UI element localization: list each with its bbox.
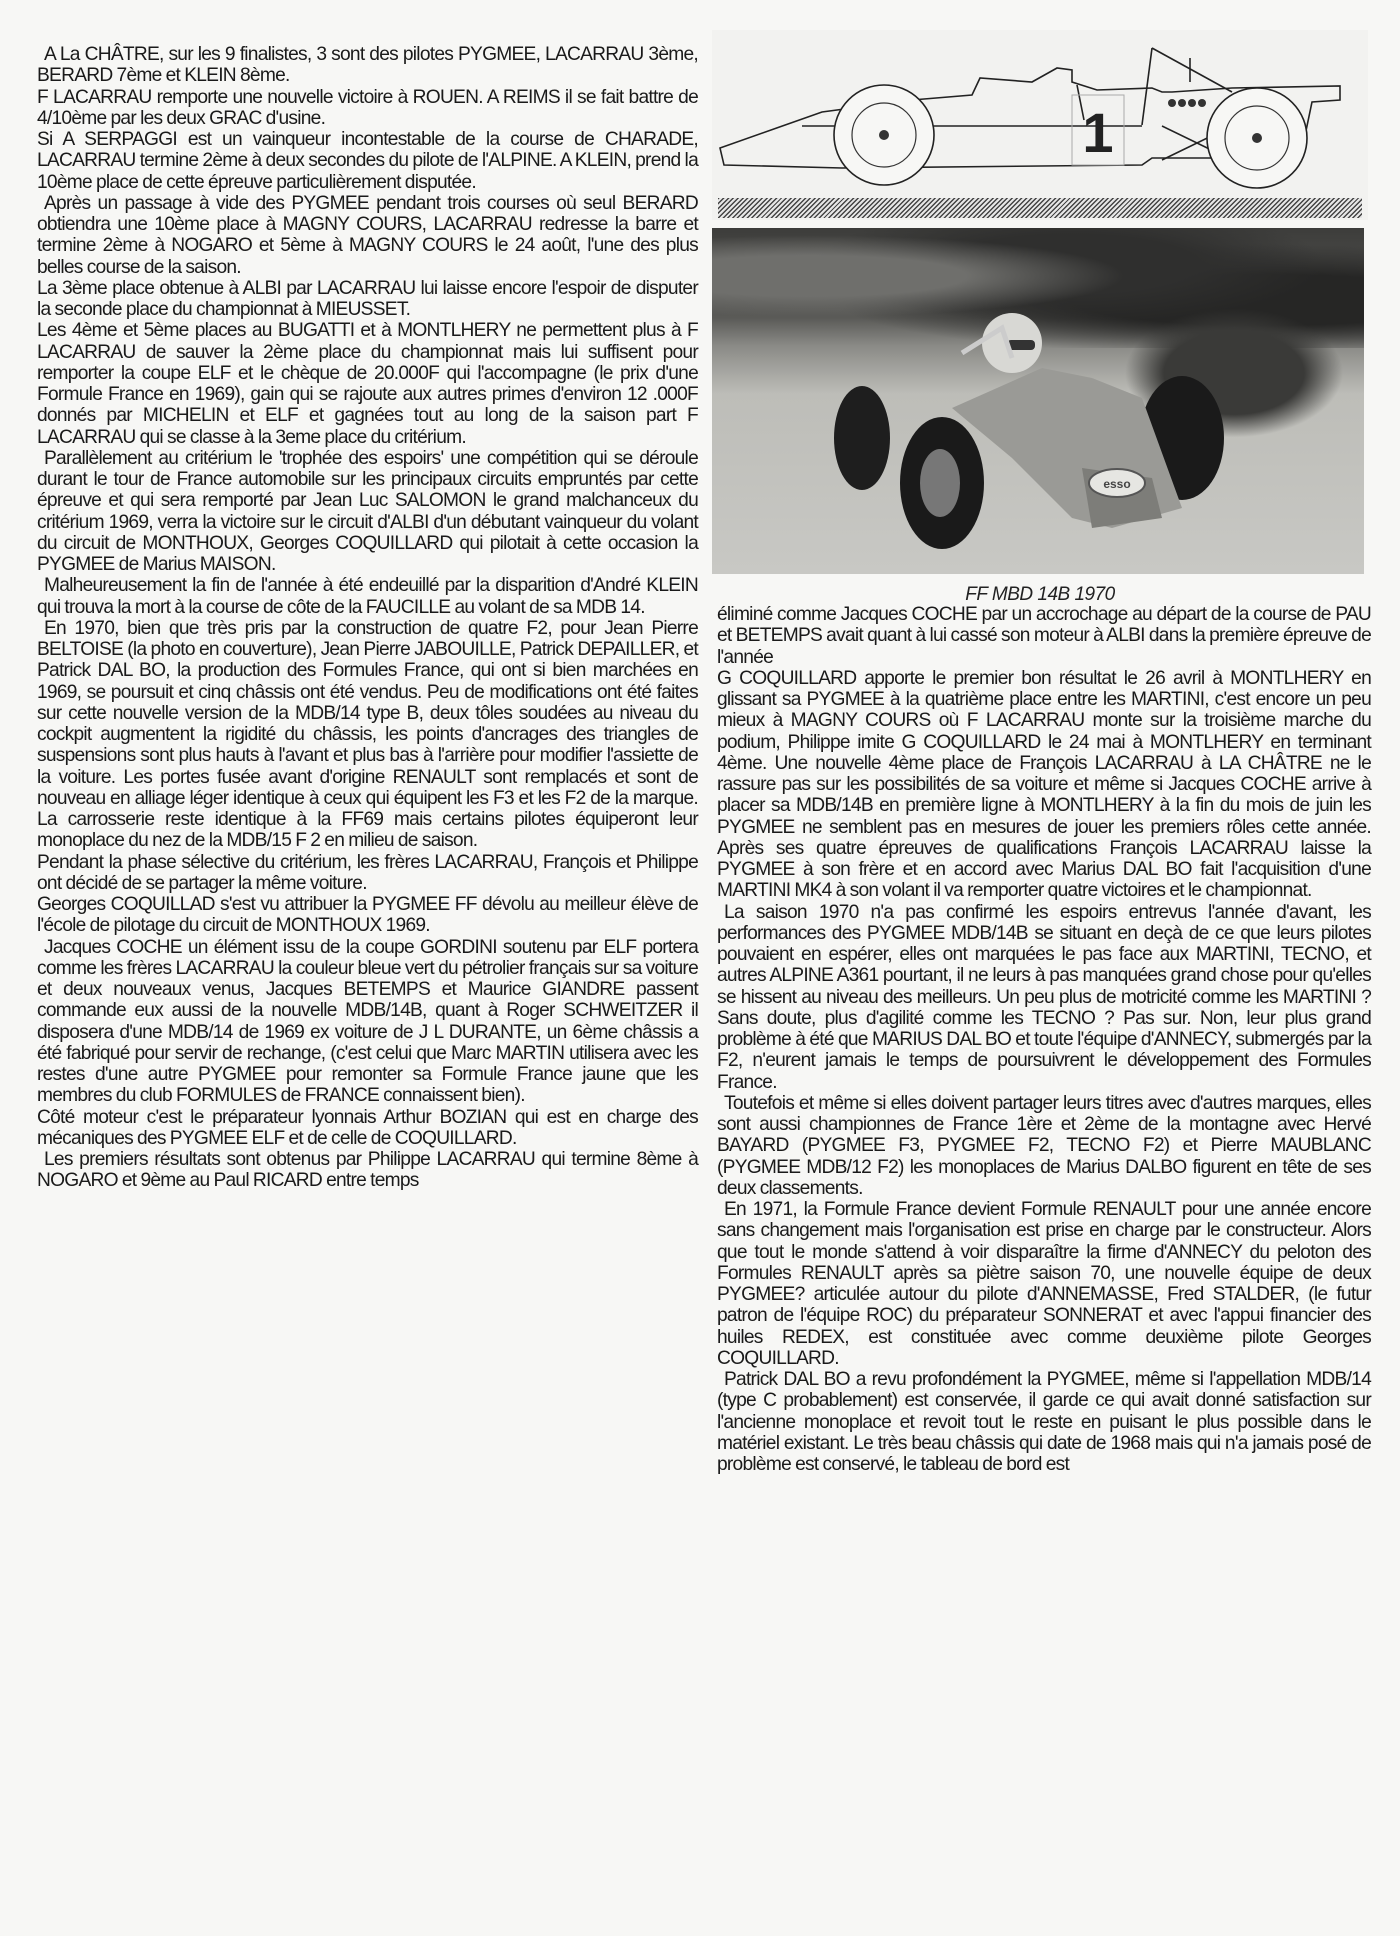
race-car-photo: esso	[712, 228, 1364, 574]
left-text-column: A La CHÂTRE, sur les 9 finalistes, 3 son…	[37, 44, 698, 1192]
paragraph: Parallèlement au critérium le 'trophée d…	[37, 448, 698, 576]
paragraph: Les 4ème et 5ème places au BUGATTI et à …	[37, 320, 698, 448]
ground-hatch	[718, 198, 1362, 218]
svg-text:esso: esso	[1103, 477, 1130, 491]
paragraph: En 1971, la Formule France devient Formu…	[717, 1199, 1371, 1369]
paragraph: La saison 1970 n'a pas confirmé les espo…	[717, 902, 1371, 1093]
paragraph: Malheureusement la fin de l'année à été …	[37, 575, 698, 618]
car-figure: 1 esso FF MBD 14B 1970	[712, 30, 1368, 606]
paragraph: Toutefois et même si elles doivent parta…	[717, 1093, 1371, 1199]
paragraph: Les premiers résultats sont obtenus par …	[37, 1149, 698, 1192]
paragraph: Côté moteur c'est le préparateur lyonnai…	[37, 1107, 698, 1150]
paragraph: Jacques COCHE un élément issu de la coup…	[37, 937, 698, 1107]
svg-text:1: 1	[1082, 101, 1113, 164]
paragraph: G COQUILLARD apporte le premier bon résu…	[717, 668, 1371, 902]
paragraph: Patrick DAL BO a revu profondément la PY…	[717, 1369, 1371, 1475]
paragraph: éliminé comme Jacques COCHE par un accro…	[717, 604, 1371, 668]
race-car-icon: esso	[712, 228, 1364, 574]
paragraph: La 3ème place obtenue à ALBI par LACARRA…	[37, 278, 698, 321]
paragraph: A La CHÂTRE, sur les 9 finalistes, 3 son…	[37, 44, 698, 87]
paragraph: Pendant la phase sélective du critérium,…	[37, 852, 698, 895]
paragraph: F LACARRAU remporte une nouvelle victoir…	[37, 87, 698, 130]
car-side-view-drawing: 1	[712, 30, 1368, 220]
paragraph: Si A SERPAGGI est un vainqueur incontest…	[37, 129, 698, 193]
paragraph: Après un passage à vide des PYGMEE penda…	[37, 193, 698, 278]
paragraph: En 1970, bien que très pris par la const…	[37, 618, 698, 852]
figure-caption: FF MBD 14B 1970	[712, 584, 1368, 606]
formula-car-outline-icon: 1	[712, 30, 1368, 200]
paragraph: Georges COQUILLAD s'est vu attribuer la …	[37, 894, 698, 937]
right-text-column: éliminé comme Jacques COCHE par un accro…	[717, 604, 1371, 1475]
